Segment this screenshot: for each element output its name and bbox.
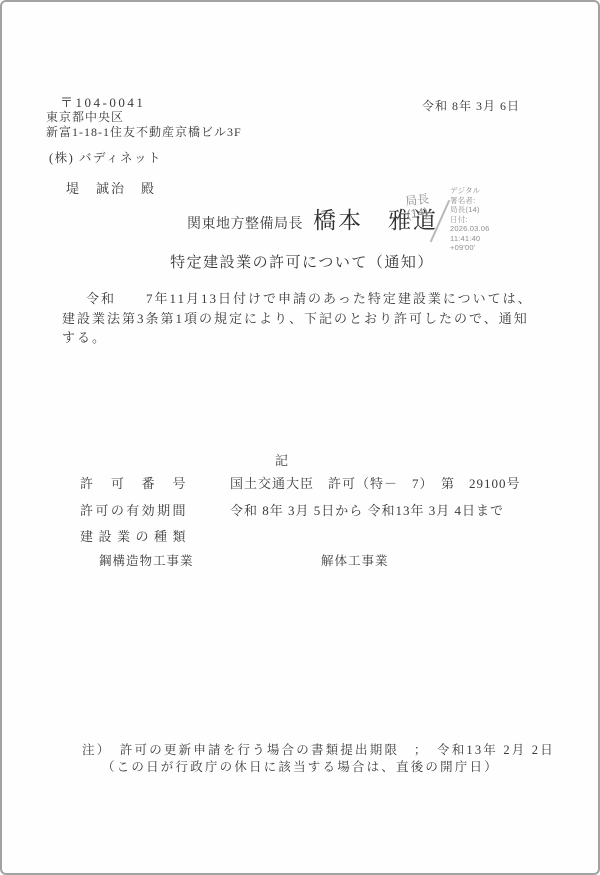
- digital-signature-block: デジタル 署名者: 局長(14) 日付: 2026.03.06 11:41:40…: [450, 186, 490, 253]
- scanned-document-page: 〒104-0041 東京都中央区 新富1-18-1住友不動産京橋ビル3F (株)…: [0, 0, 600, 875]
- body-line: 令和 7年11月13日付けで申請のあった特定建設業については、: [62, 289, 533, 309]
- signature-line: 2026.03.06: [450, 224, 490, 234]
- detail-row-permit-number: 許可番号 国土交通大臣 許可（特－ 7） 第 29100号: [80, 473, 186, 492]
- footer-note: 注） 許可の更新申請を行う場合の書類提出期限 ； 令和13年 2月 2日 （この…: [82, 742, 555, 775]
- body-line: する。: [62, 328, 533, 348]
- document-title: 特定建設業の許可について（通知）: [2, 251, 600, 272]
- business-type: 解体工事業: [321, 551, 389, 569]
- detail-value: 令和 8年 3月 5日から 令和13年 3月 4日まで: [230, 500, 504, 519]
- note-line: 注） 許可の更新申請を行う場合の書類提出期限 ； 令和13年 2月 2日: [82, 742, 555, 759]
- ki-section-marker: 記: [2, 450, 562, 469]
- detail-label: 許可の有効期間: [80, 500, 186, 519]
- signature-line: 署名者:: [450, 196, 490, 206]
- detail-label: 許可番号: [80, 473, 186, 492]
- signature-line: 11:41:40: [450, 234, 490, 244]
- detail-label: 建設業の種類: [80, 526, 186, 545]
- issuer-title: 関東地方整備局長: [187, 217, 303, 232]
- detail-value: 国土交通大臣 許可（特－ 7） 第 29100号: [230, 473, 521, 492]
- body-paragraph: 令和 7年11月13日付けで申請のあった特定建設業については、 建設業法第3条第…: [62, 289, 533, 348]
- recipient-company: (株) バディネット: [49, 148, 162, 166]
- body-line: 建設業法第3条第1項の規定により、下記のとおり許可したので、通知: [62, 309, 533, 329]
- detail-row-business-kind: 建設業の種類: [80, 526, 186, 545]
- issue-date: 令和 8年 3月 6日: [422, 97, 520, 114]
- recipient-name: 堤 誠治 殿: [66, 178, 156, 197]
- address-line-2: 新富1-18-1住友不動産京橋ビル3F: [46, 123, 242, 140]
- signature-line: 日付:: [450, 215, 490, 225]
- detail-row-valid-period: 許可の有効期間 令和 8年 3月 5日から 令和13年 3月 4日まで: [80, 500, 186, 519]
- business-type: 鋼構造物工事業: [99, 551, 194, 569]
- digital-stamp-overlay: 局長 (14): [405, 193, 432, 222]
- issuer-line: 関東地方整備局長橋本 雅道: [187, 202, 438, 235]
- note-line: （この日が行政庁の休日に該当する場合は、直後の開庁日）: [82, 759, 555, 776]
- signature-line: デジタル: [450, 186, 490, 196]
- signature-line: 局長(14): [450, 205, 490, 215]
